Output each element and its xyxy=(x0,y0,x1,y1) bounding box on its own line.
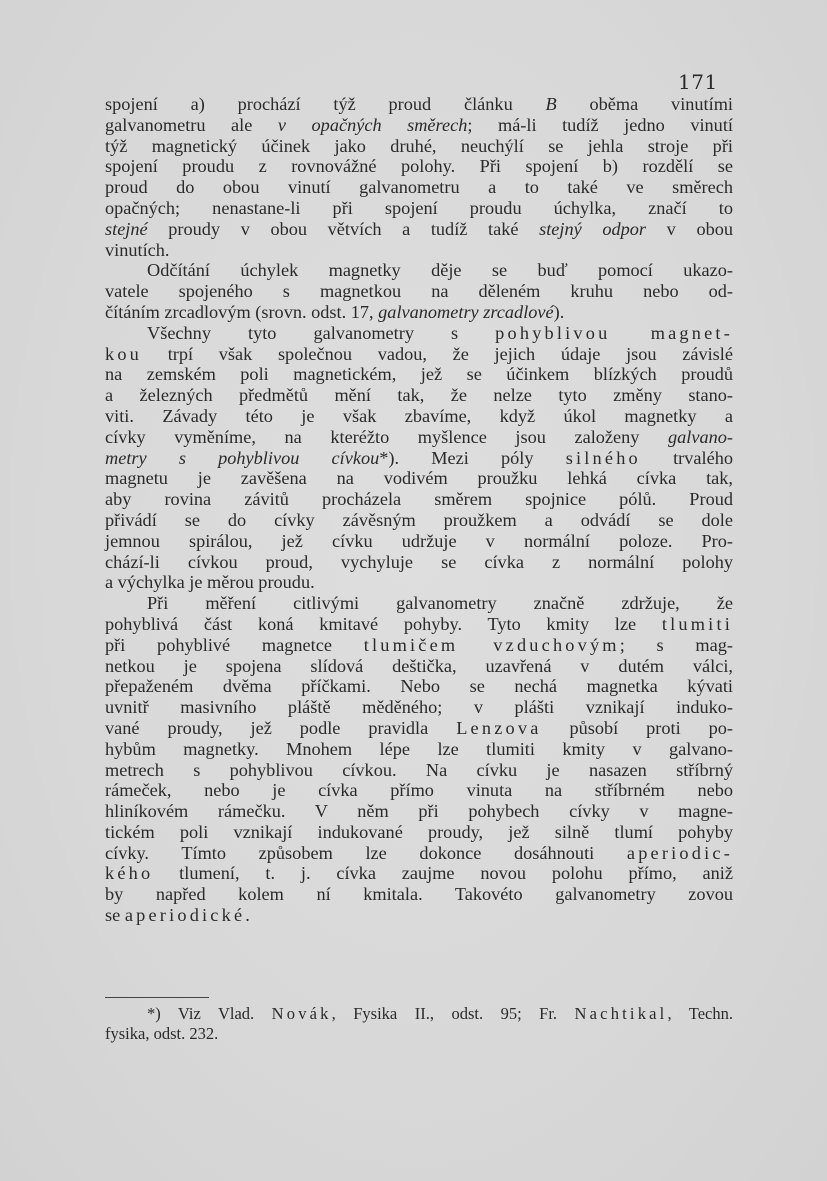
text-run: netkou je spojena slídová deštička, uzav… xyxy=(105,656,733,676)
italic-run: v opačných směrech xyxy=(278,115,467,135)
text-run: viti. Závady této je však zbavíme, když … xyxy=(105,406,733,426)
text-line: týž magnetický účinek jako druhé, neuchý… xyxy=(105,136,733,157)
text-run: aby rovina závitů procházela směrem spoj… xyxy=(105,489,733,509)
text-run: *) Viz Vlad. xyxy=(147,1004,272,1023)
text-line: na zemském poli magnetickém, jež se účin… xyxy=(105,364,733,385)
text-run: na zemském poli magnetickém, jež se účin… xyxy=(105,364,733,384)
text-run: cívky vyměníme, na kteréžto myšlence jso… xyxy=(105,427,668,447)
text-run: tickém poli vznikají indukované proudy, … xyxy=(105,822,733,842)
text-line: netkou je spojena slídová deštička, uzav… xyxy=(105,656,733,677)
text-line: Odčítání úchylek magnetky děje se buď po… xyxy=(105,260,733,281)
text-run: fysika, odst. 232. xyxy=(105,1024,218,1043)
text-run: , Techn. xyxy=(667,1004,733,1023)
text-line: a železných předmětů mění tak, že nelze … xyxy=(105,385,733,406)
italic-run: metry s pohyblivou cívkou xyxy=(105,448,379,468)
text-line: tickém poli vznikají indukované proudy, … xyxy=(105,822,733,843)
text-run: trvalého xyxy=(641,448,733,468)
spaced-run: kého xyxy=(105,863,153,883)
page-number: 171 xyxy=(678,70,718,94)
text-run: galvanometru ale xyxy=(105,115,278,135)
spaced-run: tlumičem vzduchovým xyxy=(364,635,620,655)
text-line: fysika, odst. 232. xyxy=(105,1024,733,1044)
text-run: čítáním zrcadlovým (srovn. odst. 17, xyxy=(105,302,378,322)
text-run: v obou xyxy=(646,219,733,239)
text-run: a výchylka je měrou proudu. xyxy=(105,572,315,592)
text-run: ). xyxy=(554,302,565,322)
text-line: opačných; nenastane-li při spojení proud… xyxy=(105,198,733,219)
text-line: Všechny tyto galvanometry s pohyblivou m… xyxy=(105,323,733,344)
footnote-divider xyxy=(105,997,209,998)
italic-run: B xyxy=(546,94,557,114)
text-run: působí proti po- xyxy=(542,718,733,738)
text-run: . xyxy=(245,905,250,925)
text-line: uvnitř masivního pláště měděného; v pláš… xyxy=(105,697,733,718)
text-line: magnetu je zavěšena na vodivém proužku l… xyxy=(105,468,733,489)
text-line: vané proudy, jež podle pravidla Lenzova … xyxy=(105,718,733,739)
text-line: proud do obou vinutí galvanometru a to t… xyxy=(105,177,733,198)
text-line: kou trpí však společnou vadou, že jejich… xyxy=(105,344,733,365)
italic-run: galvanometry zrcadlové xyxy=(378,302,553,322)
text-run: hliníkovém rámečku. V něm při pohybech c… xyxy=(105,801,733,821)
text-run: hybům magnetky. Mnohem lépe lze tlumiti … xyxy=(105,739,733,759)
body-text: spojení a) prochází týž proud článku B o… xyxy=(105,94,733,926)
text-run: , Fysika II., odst. 95; Fr. xyxy=(332,1004,575,1023)
text-line: vinutích. xyxy=(105,240,733,261)
text-line: viti. Závady této je však zbavíme, když … xyxy=(105,406,733,427)
spaced-run: aperiodic- xyxy=(627,843,733,863)
text-line: při pohyblivé magnetce tlumičem vzduchov… xyxy=(105,635,733,656)
text-run: proud do obou vinutí galvanometru a to t… xyxy=(105,177,733,197)
text-line: Při měření citlivými galvanometry značně… xyxy=(105,593,733,614)
text-line: rámeček, nebo je cívka přímo vinuta na s… xyxy=(105,780,733,801)
text-run: uvnitř masivního pláště měděného; v pláš… xyxy=(105,697,733,717)
text-line: cívky vyměníme, na kteréžto myšlence jso… xyxy=(105,427,733,448)
text-run: ; s mag- xyxy=(620,635,733,655)
text-line: aby rovina závitů procházela směrem spoj… xyxy=(105,489,733,510)
text-line: jemnou spirálou, jež cívku udržuje v nor… xyxy=(105,531,733,552)
text-run: přivádí se do cívky závěsným proužkem a … xyxy=(105,510,733,530)
text-run: jemnou spirálou, jež cívku udržuje v nor… xyxy=(105,531,733,551)
text-line: metrech s pohyblivou cívkou. Na cívku je… xyxy=(105,760,733,781)
text-line: vatele spojeného s magnetkou na děleném … xyxy=(105,281,733,302)
text-line: čítáním zrcadlovým (srovn. odst. 17, gal… xyxy=(105,302,733,323)
text-run: cívky. Tímto způsobem lze dokonce dosáhn… xyxy=(105,843,627,863)
text-run: chází-li cívkou proud, vychyluje se cívk… xyxy=(105,552,733,572)
text-line: hybům magnetky. Mnohem lépe lze tlumiti … xyxy=(105,739,733,760)
text-run: pohyblivá část koná kmitavé pohyby. Tyto… xyxy=(105,614,662,634)
text-line: chází-li cívkou proud, vychyluje se cívk… xyxy=(105,552,733,573)
text-line: spojení proudu z rovnovážné polohy. Při … xyxy=(105,156,733,177)
text-line: kého tlumení, t. j. cívka zaujme novou p… xyxy=(105,863,733,884)
text-line: galvanometru ale v opačných směrech; má-… xyxy=(105,115,733,136)
text-run: Odčítání úchylek magnetky děje se buď po… xyxy=(147,260,733,280)
text-line: spojení a) prochází týž proud článku B o… xyxy=(105,94,733,115)
text-run: oběma vinutími xyxy=(557,94,733,114)
spaced-run: Novák xyxy=(272,1004,332,1023)
text-run: týž magnetický účinek jako druhé, neuchý… xyxy=(105,136,733,156)
text-run: metrech s pohyblivou cívkou. Na cívku je… xyxy=(105,760,733,780)
text-run: vané proudy, jež podle pravidla xyxy=(105,718,456,738)
italic-run: stejný odpor xyxy=(539,219,646,239)
text-run: při pohyblivé magnetce xyxy=(105,635,364,655)
spaced-run: tlumiti xyxy=(662,614,733,634)
spaced-run: kou xyxy=(105,344,142,364)
text-line: cívky. Tímto způsobem lze dokonce dosáhn… xyxy=(105,843,733,864)
text-run: opačných; nenastane-li při spojení proud… xyxy=(105,198,733,218)
text-run: spojení proudu z rovnovážné polohy. Při … xyxy=(105,156,733,176)
text-run: by napřed kolem ní kmitala. Takovéto gal… xyxy=(105,884,733,904)
text-line: hliníkovém rámečku. V něm při pohybech c… xyxy=(105,801,733,822)
text-run: tlumení, t. j. cívka zaujme novou polohu… xyxy=(153,863,733,883)
text-run: rámeček, nebo je cívka přímo vinuta na s… xyxy=(105,780,733,800)
spaced-run: silného xyxy=(566,448,641,468)
text-line: metry s pohyblivou cívkou*). Mezi póly s… xyxy=(105,448,733,469)
footnote: *) Viz Vlad. Novák, Fysika II., odst. 95… xyxy=(105,1004,733,1044)
italic-run: galvano- xyxy=(668,427,733,447)
text-run: přepaženém dvěma příčkami. Nebo se nechá… xyxy=(105,676,733,696)
text-line: *) Viz Vlad. Novák, Fysika II., odst. 95… xyxy=(105,1004,733,1024)
text-run: Všechny tyto galvanometry s xyxy=(147,323,495,343)
text-run: spojení a) prochází týž proud článku xyxy=(105,94,546,114)
text-line: se aperiodické. xyxy=(105,905,733,926)
book-page: 171 spojení a) prochází týž proud článku… xyxy=(0,0,827,1181)
text-line: a výchylka je měrou proudu. xyxy=(105,572,733,593)
spaced-run: Lenzova xyxy=(456,718,541,738)
text-run: *). Mezi póly xyxy=(379,448,565,468)
text-run: vinutích. xyxy=(105,240,169,260)
text-run: proudy v obou větvích a tudíž také xyxy=(148,219,539,239)
text-run: vatele spojeného s magnetkou na děleném … xyxy=(105,281,733,301)
spaced-run: aperiodické xyxy=(125,905,245,925)
text-run: magnetu je zavěšena na vodivém proužku l… xyxy=(105,468,733,488)
text-line: přepaženém dvěma příčkami. Nebo se nechá… xyxy=(105,676,733,697)
text-line: přivádí se do cívky závěsným proužkem a … xyxy=(105,510,733,531)
text-run: trpí však společnou vadou, že jejich úda… xyxy=(142,344,733,364)
text-line: pohyblivá část koná kmitavé pohyby. Tyto… xyxy=(105,614,733,635)
spaced-run: Nachtikal xyxy=(575,1004,668,1023)
spaced-run: pohyblivou magnet- xyxy=(495,323,733,343)
text-run: a železných předmětů mění tak, že nelze … xyxy=(105,385,733,405)
text-line: by napřed kolem ní kmitala. Takovéto gal… xyxy=(105,884,733,905)
text-run: ; má-li tudíž jedno vinutí xyxy=(467,115,733,135)
text-run: se xyxy=(105,905,125,925)
text-line: stejné proudy v obou větvích a tudíž tak… xyxy=(105,219,733,240)
text-run: Při měření citlivými galvanometry značně… xyxy=(147,593,733,613)
italic-run: stejné xyxy=(105,219,148,239)
